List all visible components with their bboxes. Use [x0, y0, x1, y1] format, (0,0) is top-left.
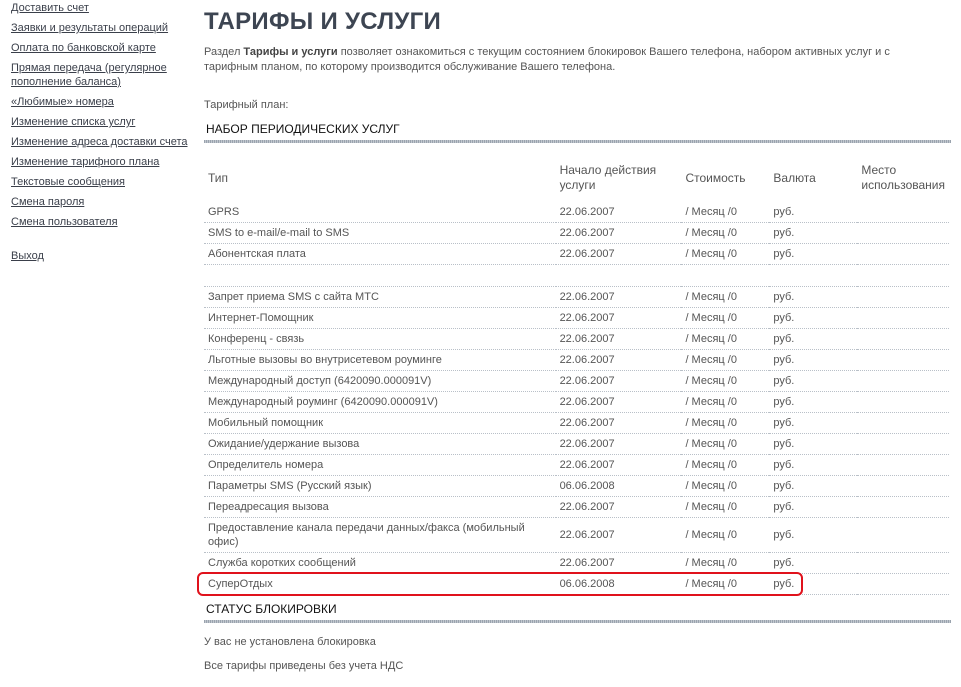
- cell-currency: руб.: [769, 244, 857, 265]
- table-row-highlighted: СуперОтдых06.06.2008/ Месяц /0руб.: [204, 574, 949, 595]
- tariff-plan-label: Тарифный план:: [204, 99, 288, 111]
- cell-cost: / Месяц /0: [681, 371, 769, 392]
- table-row: Переадресация вызова22.06.2007/ Месяц /0…: [204, 497, 949, 518]
- cell-type: Переадресация вызова: [204, 497, 556, 518]
- block-status-text: У вас не установлена блокировка: [204, 636, 376, 648]
- services-table-body: GPRS22.06.2007/ Месяц /0руб.SMS to e-mai…: [204, 201, 949, 595]
- table-row: Запрет приема SMS с сайта МТС22.06.2007/…: [204, 287, 949, 308]
- cell-cost: / Месяц /0: [681, 350, 769, 371]
- cell-type: Предоставление канала передачи данных/фа…: [204, 518, 556, 553]
- cell-cost: / Месяц /0: [681, 574, 769, 595]
- sidebar-link-deliver-bill[interactable]: Доставить счет: [11, 1, 191, 15]
- table-row: Ожидание/удержание вызова22.06.2007/ Мес…: [204, 434, 949, 455]
- cell-currency: руб.: [769, 308, 857, 329]
- cell-currency: руб.: [769, 574, 857, 595]
- vat-note: Все тарифы приведены без учета НДС: [204, 660, 403, 672]
- table-row: Определитель номера22.06.2007/ Месяц /0р…: [204, 455, 949, 476]
- table-row: Служба коротких сообщений22.06.2007/ Мес…: [204, 553, 949, 574]
- cell-start: 22.06.2007: [556, 350, 682, 371]
- cell-start: 22.06.2007: [556, 371, 682, 392]
- page-title: ТАРИФЫ И УСЛУГИ: [204, 8, 441, 36]
- cell-place: [857, 392, 949, 413]
- cell-currency: руб.: [769, 455, 857, 476]
- cell-start: 22.06.2007: [556, 244, 682, 265]
- cell-cost: / Месяц /0: [681, 308, 769, 329]
- sidebar-nav: Доставить счет Заявки и результаты опера…: [11, 1, 191, 269]
- cell-place: [857, 244, 949, 265]
- header-cost: Стоимость: [681, 157, 769, 201]
- cell-currency: руб.: [769, 497, 857, 518]
- table-header-row: Тип Начало действия услуги Стоимость Вал…: [204, 157, 949, 201]
- cell-type: GPRS: [204, 201, 556, 223]
- cell-cost: / Месяц /0: [681, 434, 769, 455]
- intro-prefix: Раздел: [204, 46, 243, 58]
- cell-start: 22.06.2007: [556, 392, 682, 413]
- cell-start: 22.06.2007: [556, 308, 682, 329]
- cell-cost: / Месяц /0: [681, 497, 769, 518]
- cell-currency: руб.: [769, 553, 857, 574]
- cell-type: Запрет приема SMS с сайта МТС: [204, 287, 556, 308]
- cell-start: 22.06.2007: [556, 434, 682, 455]
- cell-type: Конференц - связь: [204, 329, 556, 350]
- sidebar-link-change-password[interactable]: Смена пароля: [11, 195, 191, 209]
- cell-start: 22.06.2007: [556, 287, 682, 308]
- table-row: Параметры SMS (Русский язык)06.06.2008/ …: [204, 476, 949, 497]
- cell-type: Определитель номера: [204, 455, 556, 476]
- logout-link[interactable]: Выход: [11, 249, 191, 263]
- cell-place: [857, 553, 949, 574]
- spacer-cell: [204, 265, 949, 287]
- sidebar-link-direct-transfer[interactable]: Прямая передача (регулярное пополнение б…: [11, 61, 191, 89]
- table-row: Льготные вызовы во внутрисетевом роуминг…: [204, 350, 949, 371]
- cell-type: Международный доступ (6420090.000091V): [204, 371, 556, 392]
- cell-type: Абонентская плата: [204, 244, 556, 265]
- sidebar-link-favorite-numbers[interactable]: «Любимые» номера: [11, 95, 191, 109]
- block-status-section-title: СТАТУС БЛОКИРОВКИ: [204, 600, 951, 620]
- table-row: Интернет-Помощник22.06.2007/ Месяц /0руб…: [204, 308, 949, 329]
- cell-cost: / Месяц /0: [681, 287, 769, 308]
- sidebar-link-change-tariff[interactable]: Изменение тарифного плана: [11, 155, 191, 169]
- cell-start: 22.06.2007: [556, 201, 682, 223]
- cell-place: [857, 413, 949, 434]
- cell-cost: / Месяц /0: [681, 223, 769, 244]
- header-start: Начало действия услуги: [556, 157, 682, 201]
- cell-cost: / Месяц /0: [681, 392, 769, 413]
- sidebar-link-change-address[interactable]: Изменение адреса доставки счета: [11, 135, 191, 149]
- cell-start: 22.06.2007: [556, 329, 682, 350]
- table-row: Абонентская плата22.06.2007/ Месяц /0руб…: [204, 244, 949, 265]
- table-row: Мобильный помощник22.06.2007/ Месяц /0ру…: [204, 413, 949, 434]
- cell-type: Ожидание/удержание вызова: [204, 434, 556, 455]
- cell-start: 22.06.2007: [556, 413, 682, 434]
- cell-place: [857, 329, 949, 350]
- table-row: Конференц - связь22.06.2007/ Месяц /0руб…: [204, 329, 949, 350]
- intro-bold: Тарифы и услуги: [243, 46, 337, 58]
- cell-place: [857, 518, 949, 553]
- cell-type: SMS to e-mail/e-mail to SMS: [204, 223, 556, 244]
- cell-currency: руб.: [769, 392, 857, 413]
- sidebar-link-requests[interactable]: Заявки и результаты операций: [11, 21, 191, 35]
- cell-type: Мобильный помощник: [204, 413, 556, 434]
- cell-cost: / Месяц /0: [681, 413, 769, 434]
- cell-type: СуперОтдых: [204, 574, 556, 595]
- cell-cost: / Месяц /0: [681, 518, 769, 553]
- table-row: Международный доступ (6420090.000091V)22…: [204, 371, 949, 392]
- cell-currency: руб.: [769, 329, 857, 350]
- cell-place: [857, 371, 949, 392]
- cell-place: [857, 574, 949, 595]
- table-row: Международный роуминг (6420090.000091V)2…: [204, 392, 949, 413]
- cell-currency: руб.: [769, 476, 857, 497]
- cell-currency: руб.: [769, 434, 857, 455]
- cell-type: Интернет-Помощник: [204, 308, 556, 329]
- sidebar-link-text-messages[interactable]: Текстовые сообщения: [11, 175, 191, 189]
- cell-cost: / Месяц /0: [681, 201, 769, 223]
- group-spacer-row: [204, 265, 949, 287]
- services-table: Тип Начало действия услуги Стоимость Вал…: [204, 157, 949, 595]
- cell-currency: руб.: [769, 518, 857, 553]
- cell-start: 22.06.2007: [556, 518, 682, 553]
- cell-place: [857, 350, 949, 371]
- sidebar-link-change-user[interactable]: Смена пользователя: [11, 215, 191, 229]
- cell-start: 22.06.2007: [556, 553, 682, 574]
- header-place: Место использования: [857, 157, 949, 201]
- sidebar-link-card-payment[interactable]: Оплата по банковской карте: [11, 41, 191, 55]
- cell-type: Международный роуминг (6420090.000091V): [204, 392, 556, 413]
- cell-place: [857, 287, 949, 308]
- cell-cost: / Месяц /0: [681, 476, 769, 497]
- cell-type: Льготные вызовы во внутрисетевом роуминг…: [204, 350, 556, 371]
- cell-place: [857, 223, 949, 244]
- cell-place: [857, 201, 949, 223]
- cell-currency: руб.: [769, 223, 857, 244]
- cell-place: [857, 455, 949, 476]
- cell-cost: / Месяц /0: [681, 244, 769, 265]
- cell-start: 22.06.2007: [556, 497, 682, 518]
- services-section-title: НАБОР ПЕРИОДИЧЕСКИХ УСЛУГ: [204, 120, 951, 140]
- intro-text: Раздел Тарифы и услуги позволяет ознаком…: [204, 45, 944, 75]
- cell-start: 22.06.2007: [556, 455, 682, 476]
- cell-cost: / Месяц /0: [681, 455, 769, 476]
- cell-currency: руб.: [769, 201, 857, 223]
- cell-cost: / Месяц /0: [681, 553, 769, 574]
- header-currency: Валюта: [769, 157, 857, 201]
- cell-cost: / Месяц /0: [681, 329, 769, 350]
- header-type: Тип: [204, 157, 556, 201]
- cell-place: [857, 308, 949, 329]
- cell-currency: руб.: [769, 371, 857, 392]
- cell-place: [857, 497, 949, 518]
- cell-place: [857, 476, 949, 497]
- table-row: GPRS22.06.2007/ Месяц /0руб.: [204, 201, 949, 223]
- cell-start: 22.06.2007: [556, 223, 682, 244]
- cell-start: 06.06.2008: [556, 476, 682, 497]
- cell-currency: руб.: [769, 287, 857, 308]
- table-row: Предоставление канала передачи данных/фа…: [204, 518, 949, 553]
- cell-place: [857, 434, 949, 455]
- table-row: SMS to e-mail/e-mail to SMS22.06.2007/ М…: [204, 223, 949, 244]
- cell-start: 06.06.2008: [556, 574, 682, 595]
- cell-currency: руб.: [769, 413, 857, 434]
- cell-type: Служба коротких сообщений: [204, 553, 556, 574]
- sidebar-link-change-services[interactable]: Изменение списка услуг: [11, 115, 191, 129]
- cell-type: Параметры SMS (Русский язык): [204, 476, 556, 497]
- cell-currency: руб.: [769, 350, 857, 371]
